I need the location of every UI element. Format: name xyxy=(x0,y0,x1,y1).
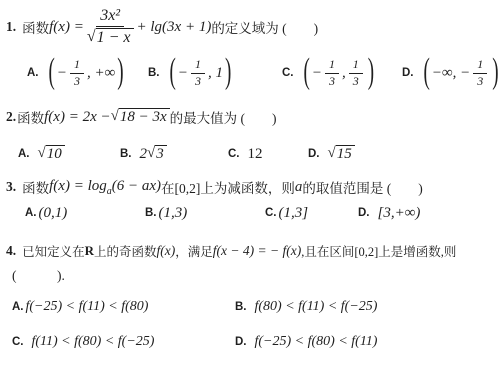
question-number: 3. xyxy=(6,179,16,195)
stem-text: 上的奇函数 xyxy=(94,242,157,260)
fraction: 13 xyxy=(473,58,487,89)
q2-option-d: D. 15 xyxy=(308,141,355,167)
stem-suffix: 的最大值为 ( ) xyxy=(170,107,277,127)
fraction-denominator: 3 xyxy=(74,74,80,89)
right-paren: ) xyxy=(368,52,374,94)
option-text: f(−25) < f(80) < f(11) xyxy=(255,334,378,350)
question-4-stem: 4. 已知定义在 R 上的奇函数 f(x) ，满足 f(x − 4) = − f… xyxy=(6,240,456,262)
formula-fx: f(x) = xyxy=(49,19,84,36)
option-label: B. xyxy=(148,67,160,79)
fraction-denominator: 3 xyxy=(329,74,335,89)
radical: 15 xyxy=(328,145,355,163)
fraction: 13 xyxy=(325,58,339,89)
fraction: 13 xyxy=(349,58,363,89)
fraction-denominator: 3 xyxy=(195,74,201,89)
fraction-numerator: 1 xyxy=(473,58,487,74)
option-label: A. xyxy=(27,67,39,79)
option-text: [3,+∞) xyxy=(378,205,421,222)
option-pre: −∞, − xyxy=(432,65,470,82)
fraction: 13 xyxy=(70,58,84,89)
formula: f(x − 4) = − f(x) xyxy=(213,243,301,259)
option-pre: − xyxy=(178,65,188,82)
option-label: B. xyxy=(145,207,157,219)
q1-option-c: C. ( − 13 , 13 ) xyxy=(282,52,376,94)
fraction-denominator: 3 xyxy=(477,74,483,89)
stem-text: 函数 xyxy=(17,107,44,127)
question-1-stem: 1. 函数 f(x) = 3x² 1 − x + lg(3x + 1) 的定义域… xyxy=(6,6,318,48)
radical: 1 − x xyxy=(87,28,134,47)
right-paren: ) xyxy=(225,52,231,94)
question-number: 1. xyxy=(6,19,16,35)
option-pre: − xyxy=(57,65,67,82)
option-pre: − xyxy=(312,65,322,82)
option-label: C. xyxy=(265,207,277,219)
fraction-numerator: 1 xyxy=(70,58,84,74)
stem-text: 函数 xyxy=(22,177,49,197)
radical: 18 − 3x xyxy=(111,108,170,126)
formula-mid: + lg(3x + 1) xyxy=(137,19,212,36)
q1-option-a: A. ( − 13 , +∞ ) xyxy=(27,52,126,94)
radical: 3 xyxy=(147,145,167,163)
left-paren: ( xyxy=(304,52,310,94)
option-text: (0,1) xyxy=(39,205,68,222)
radicand: 1 − x xyxy=(96,28,134,47)
option-label: B. xyxy=(235,301,247,313)
question-number: 2. xyxy=(6,109,16,125)
right-paren: ) xyxy=(492,52,498,94)
question-3-stem: 3. 函数 f(x) = loga(6 − ax) 在[0,2]上为减函数，则 … xyxy=(6,174,423,200)
stem-text: ，满足 xyxy=(175,242,213,260)
stem-suffix: 的取值范围是 ( ) xyxy=(302,177,422,197)
q1-option-d: D. ( −∞, − 13 ) xyxy=(402,52,500,94)
question-number: 4. xyxy=(6,243,16,259)
option-text: 12 xyxy=(248,146,263,163)
q3-option-b: B. (1,3) xyxy=(145,200,187,226)
question-2-stem: 2. 函数 f(x) = 2x − 18 − 3x 的最大值为 ( ) xyxy=(6,104,276,130)
option-post: , +∞ xyxy=(87,65,115,82)
fraction: 3x² 1 − x xyxy=(87,7,134,48)
option-label: D. xyxy=(235,336,247,348)
option-post: , 1 xyxy=(208,65,223,82)
option-label: C. xyxy=(282,67,294,79)
option-label: D. xyxy=(402,67,414,79)
formula: f(x) = 2x − xyxy=(44,109,110,126)
option-label: D. xyxy=(358,207,370,219)
q3-option-a: A. (0,1) xyxy=(25,200,67,226)
option-text: f(−25) < f(11) < f(80) xyxy=(26,299,149,315)
radicand: 15 xyxy=(336,145,355,163)
formula-fx: f(x) xyxy=(157,243,176,259)
q2-option-a: A. 10 xyxy=(18,141,65,167)
radical: 10 xyxy=(38,145,65,163)
option-label: C. xyxy=(228,148,240,160)
q4-option-c: C. f(11) < f(80) < f(−25) xyxy=(12,330,154,354)
fraction-denominator: 3 xyxy=(353,74,359,89)
left-paren: ( xyxy=(424,52,430,94)
radicand: 10 xyxy=(46,145,65,163)
blank-parens: ( ). xyxy=(12,268,65,284)
option-text: f(80) < f(11) < f(−25) xyxy=(255,299,378,315)
q4-option-d: D. f(−25) < f(80) < f(11) xyxy=(235,330,377,354)
variable-a: a xyxy=(295,179,303,196)
q3-option-c: C. (1,3] xyxy=(265,200,308,226)
option-label: A. xyxy=(12,301,24,313)
q4-option-a: A. f(−25) < f(11) < f(80) xyxy=(12,295,148,319)
fraction: 13 xyxy=(191,58,205,89)
fraction-numerator: 1 xyxy=(349,58,363,74)
fraction-numerator: 3x² xyxy=(96,7,124,27)
option-label: A. xyxy=(18,148,30,160)
radicand: 18 − 3x xyxy=(119,108,170,126)
option-mid: , xyxy=(342,65,346,82)
fraction-numerator: 1 xyxy=(191,58,205,74)
option-label: B. xyxy=(120,148,132,160)
option-text: f(11) < f(80) < f(−25) xyxy=(32,334,155,350)
q3-option-d: D. [3,+∞) xyxy=(358,200,420,226)
option-text: (1,3] xyxy=(279,205,309,222)
q2-option-c: C. 12 xyxy=(228,141,263,167)
option-label: D. xyxy=(308,148,320,160)
q4-answer-blank: ( ). xyxy=(12,266,65,286)
q4-option-b: B. f(80) < f(11) < f(−25) xyxy=(235,295,377,319)
fraction-numerator: 1 xyxy=(325,58,339,74)
q1-option-b: B. ( − 13 , 1 ) xyxy=(148,52,233,94)
stem-text: 函数 xyxy=(22,17,49,37)
fraction-denominator: 1 − x xyxy=(87,27,134,47)
q2-option-b: B. 2 3 xyxy=(120,141,167,167)
real-numbers-symbol: R xyxy=(85,243,94,259)
option-text: (1,3) xyxy=(159,205,188,222)
formula: f(x) = loga(6 − ax) xyxy=(49,178,161,197)
stem-text: 已知定义在 xyxy=(22,242,85,260)
stem-mid: 在[0,2]上为减函数，则 xyxy=(161,177,295,197)
right-paren: ) xyxy=(117,52,123,94)
option-label: A. xyxy=(25,207,37,219)
left-paren: ( xyxy=(170,52,176,94)
option-pre: 2 xyxy=(140,146,148,163)
left-paren: ( xyxy=(49,52,55,94)
stem-text: ,且在区间[0,2]上是增函数,则 xyxy=(301,242,456,260)
radicand: 3 xyxy=(155,145,167,163)
option-label: C. xyxy=(12,336,24,348)
stem-suffix: 的定义域为 ( ) xyxy=(211,17,318,37)
math-test-page: 1. 函数 f(x) = 3x² 1 − x + lg(3x + 1) 的定义域… xyxy=(0,0,500,365)
